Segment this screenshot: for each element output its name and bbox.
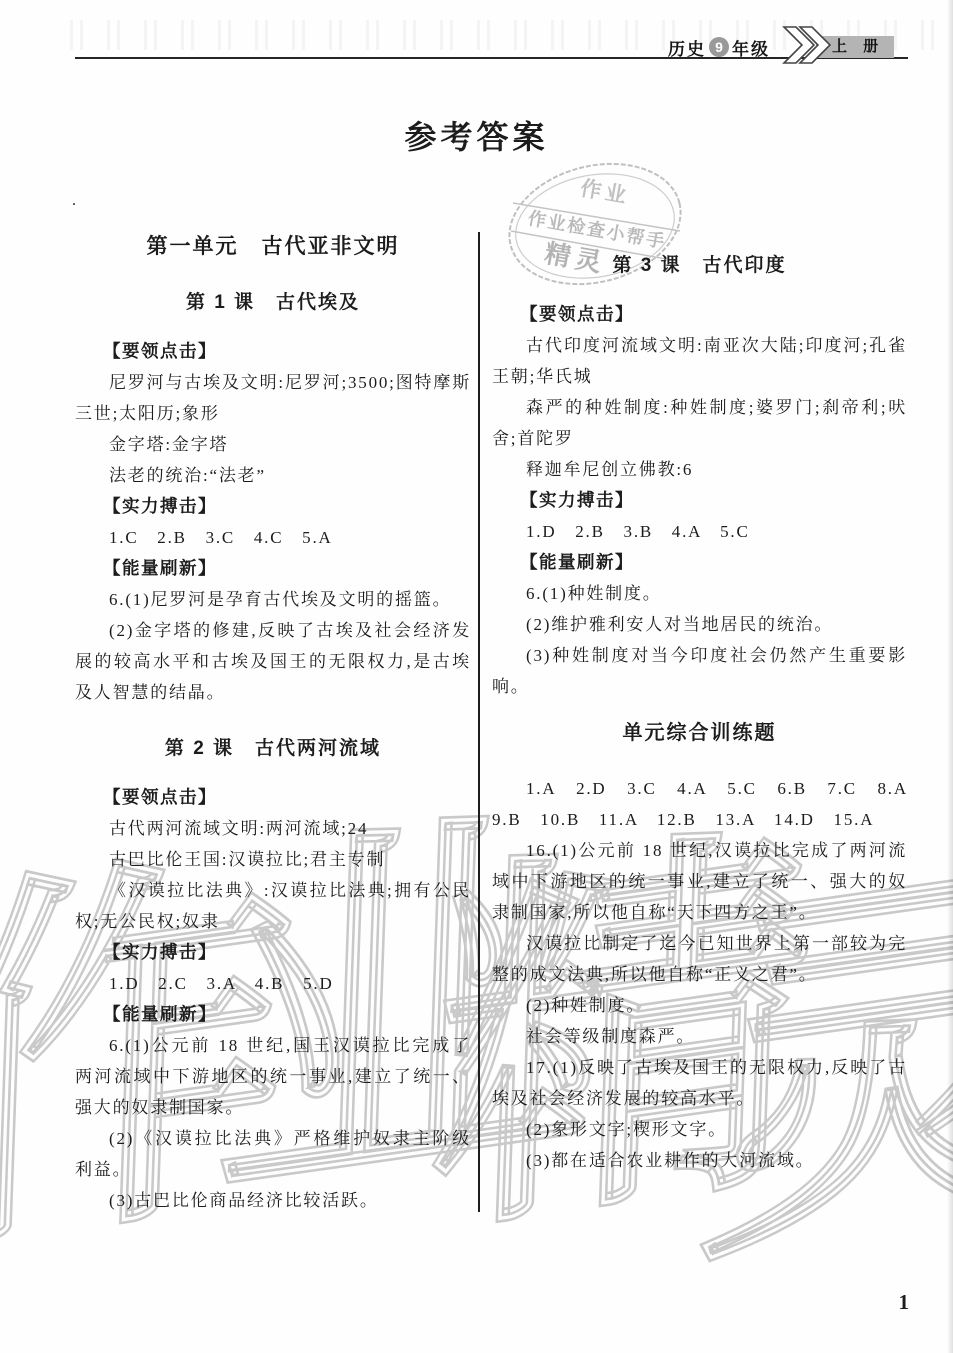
right-column: 第 3 课 古代印度 【要领点击】 古代印度河流域文明:南亚次大陆;印度河;孔雀…: [492, 225, 907, 1176]
lesson-title: 第 3 课 古代印度: [492, 250, 907, 281]
stamp-top-text: 作业: [579, 176, 632, 208]
body-paragraph: 释迦牟尼创立佛教:6: [492, 454, 907, 485]
page-title: 参考答案: [0, 112, 953, 158]
body-paragraph: 汉谟拉比制定了迄今已知世界上第一部较为完整的成文法典,所以他自称“正义之君”。: [492, 928, 907, 990]
body-paragraph: (3)都在适合农业耕作的大河流域。: [492, 1145, 907, 1176]
section-label: 【实力搏击】: [75, 491, 471, 522]
section-label: 【要领点击】: [75, 336, 471, 367]
unit-test-title: 单元综合训练题: [492, 718, 907, 749]
section-label: 【要领点击】: [492, 299, 907, 330]
body-paragraph: 尼罗河与古埃及文明:尼罗河;3500;图特摩斯三世;太阳历;象形: [75, 367, 471, 429]
scanned-answer-page: 作 业 精 灵 作业 作业检查小帮手 精灵 历史 9 年级 上 册 参考答案 .: [0, 0, 953, 1353]
double-chevron-icon: [780, 25, 832, 65]
body-paragraph: 6.(1)公元前 18 世纪,国王汉谟拉比完成了两河流域中下游地区的统一事业,建…: [75, 1030, 471, 1123]
body-paragraph: 16.(1)公元前 18 世纪,汉谟拉比完成了两河流域中下游地区的统一事业,建立…: [492, 835, 907, 928]
body-paragraph: (2)《汉谟拉比法典》严格维护奴隶主阶级利益。: [75, 1123, 471, 1185]
section-label: 【能量刷新】: [75, 999, 471, 1030]
body-paragraph: 古代印度河流域文明:南亚次大陆;印度河;孔雀王朝;华氏城: [492, 330, 907, 392]
body-paragraph: 社会等级制度森严。: [492, 1021, 907, 1052]
body-paragraph: 6.(1)种姓制度。: [492, 578, 907, 609]
body-paragraph: (2)金字塔的修建,反映了古埃及社会经济发展的较高水平和古埃及国王的无限权力,是…: [75, 615, 471, 708]
header-subject: 历史: [668, 35, 706, 60]
answer-line: 1.D 2.C 3.A 4.B 5.D: [75, 968, 471, 999]
left-column: 第一单元 古代亚非文明 第 1 课 古代埃及 【要领点击】 尼罗河与古埃及文明:…: [75, 225, 471, 1216]
scan-edge-shadow: [947, 0, 953, 1353]
section-label: 【能量刷新】: [75, 553, 471, 584]
answer-paragraph: 1.A 2.D 3.C 4.A 5.C 6.B 7.C 8.A 9.B 10.B…: [492, 773, 907, 835]
section-label: 【能量刷新】: [492, 547, 907, 578]
body-paragraph: (3)种姓制度对当今印度社会仍然产生重要影响。: [492, 640, 907, 702]
body-paragraph: (2)维护雅利安人对当地居民的统治。: [492, 609, 907, 640]
body-paragraph: 金字塔:金字塔: [75, 429, 471, 460]
section-label: 【实力搏击】: [492, 485, 907, 516]
body-paragraph: 17.(1)反映了古埃及国王的无限权力,反映了古埃及社会经济发展的较高水平。: [492, 1052, 907, 1114]
lesson-title: 第 2 课 古代两河流域: [75, 733, 471, 764]
body-paragraph: 古代两河流域文明:两河流域;24: [75, 813, 471, 844]
page-header: 历史 9 年级 上 册: [668, 34, 894, 60]
section-label: 【实力搏击】: [75, 937, 471, 968]
body-paragraph: (2)种姓制度。: [492, 990, 907, 1021]
body-paragraph: 《汉谟拉比法典》:汉谟拉比法典;拥有公民权;无公民权;奴隶: [75, 875, 471, 937]
body-paragraph: 6.(1)尼罗河是孕育古代埃及文明的摇篮。: [75, 584, 471, 615]
body-paragraph: (3)古巴比伦商品经济比较活跃。: [75, 1185, 471, 1216]
grade-badge: 9: [709, 37, 729, 57]
body-paragraph: 法老的统治:“法老”: [75, 460, 471, 491]
unit-title: 第一单元 古代亚非文明: [75, 231, 471, 262]
answer-line: 1.D 2.B 3.B 4.A 5.C: [492, 516, 907, 547]
body-paragraph: (2)象形文字;楔形文字。: [492, 1114, 907, 1145]
lesson-title: 第 1 课 古代埃及: [75, 287, 471, 318]
column-divider: [478, 232, 480, 1212]
body-paragraph: 古巴比伦王国:汉谟拉比;君主专制: [75, 844, 471, 875]
body-paragraph: 森严的种姓制度:种姓制度;婆罗门;刹帝利;吠舍;首陀罗: [492, 392, 907, 454]
answer-line: 1.C 2.B 3.C 4.C 5.A: [75, 522, 471, 553]
section-label: 【要领点击】: [75, 782, 471, 813]
header-grade-label: 年级: [732, 35, 770, 60]
page-number: 1: [899, 1290, 910, 1315]
scan-artifact-dot: .: [72, 192, 76, 210]
